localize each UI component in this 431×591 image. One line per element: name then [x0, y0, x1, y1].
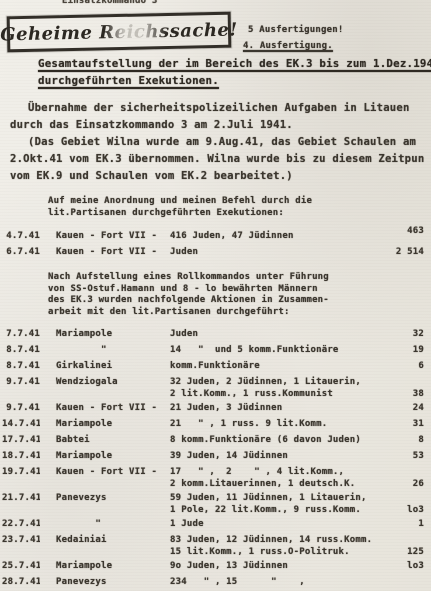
execution-date: 8.7.41 — [2, 360, 40, 372]
execution-victims: 17 " , 2 " , 4 lit.Komm.,2 komm.Litaueri… — [170, 466, 382, 490]
executions-list-second: 7.7.41 Mariampole Juden 32 8.7.41 " 14 "… — [2, 328, 424, 591]
execution-row: 22.7.41 " 1 Jude 1 — [2, 518, 424, 530]
report-title-line-2: durchgeführten Exekutionen. — [38, 73, 431, 90]
execution-count: 38 — [382, 388, 424, 400]
execution-victims: 83 Juden, 12 Jüdinnen, 14 russ.Komm.15 l… — [170, 534, 382, 558]
execution-row: 21.7.41 Panevezys 59 Juden, 11 Jüdinnen,… — [2, 492, 424, 516]
paragraph-line: von SS-Ostuf.Hamann und 8 - lo bewährten… — [48, 284, 329, 296]
execution-row: 17.7.41 Babtei 8 komm.Funktionäre (6 dav… — [2, 434, 424, 446]
execution-victims-line: 21 Juden, 3 Jüdinnen — [170, 402, 382, 414]
execution-victims-line: 39 Juden, 14 Jüdinnen — [170, 450, 382, 462]
execution-place: Mariampole — [40, 328, 170, 340]
execution-date: 25.7.41 — [2, 560, 40, 572]
execution-place: Wendziogala — [40, 376, 170, 388]
execution-date: 7.7.41 — [2, 328, 40, 340]
execution-victims-line: 2 lit.Komm., 1 russ.Kommunist — [170, 388, 382, 400]
execution-count: 32 — [382, 328, 424, 340]
execution-victims-line: 14 " und 5 komm.Funktionäre — [170, 344, 382, 356]
execution-count: 31 — [382, 418, 424, 430]
execution-victims-line: 234 " , 15 " , — [170, 576, 382, 588]
execution-count: 6 — [382, 360, 424, 372]
execution-victims: Juden — [170, 328, 382, 340]
execution-place: Panevezys — [40, 576, 170, 588]
paragraph-line: (Das Gebiet Wilna wurde am 9.Aug.41, das… — [10, 134, 424, 151]
execution-date: 14.7.41 — [2, 418, 40, 430]
paragraph-line: Übernahme der sicherheitspolizeilichen A… — [10, 100, 410, 117]
execution-date: 17.7.41 — [2, 434, 40, 446]
executions-list-first: 4.7.41 Kauen - Fort VII - 416 Juden, 47 … — [2, 230, 424, 262]
execution-victims-line: 1 Jude — [170, 518, 382, 530]
execution-row: 18.7.41 Mariampole 39 Juden, 14 Jüdinnen… — [2, 450, 424, 462]
execution-count: 24 — [382, 402, 424, 414]
scanned-document-page: Einsatzkommando 3 Geheime Reichssache! 5… — [0, 0, 431, 591]
secrecy-stamp: Geheime Reichssache! — [7, 12, 232, 53]
execution-victims-line: Juden — [170, 328, 382, 340]
execution-victims-line: 17 " , 2 " , 4 lit.Komm., — [170, 466, 382, 478]
execution-victims: 32 Juden, 2 Jüdinnen, 1 Litauerin,2 lit.… — [170, 376, 382, 400]
partisan-order-paragraph: Auf meine Anordnung und meinen Befehl du… — [48, 196, 312, 219]
execution-victims-line: 21 " , 1 russ. 9 lit.Komm. — [170, 418, 382, 430]
execution-victims-line: 1 Pole, 22 lit.Komm., 9 russ.Komm. — [170, 504, 382, 516]
secrecy-stamp-text: Geheime Reichssache! — [0, 19, 238, 45]
execution-count: 463 — [382, 225, 424, 237]
execution-victims-line: 32 Juden, 2 Jüdinnen, 1 Litauerin, — [170, 376, 382, 388]
execution-victims: 9o Juden, 13 Jüdinnen — [170, 560, 382, 572]
copies-total: 5 Ausfertigungen! — [248, 22, 344, 38]
paragraph-line: durch das Einsatzkommando 3 am 2.Juli 19… — [10, 117, 410, 134]
execution-victims: 21 " , 1 russ. 9 lit.Komm. — [170, 418, 382, 430]
report-title-line-1: Gesamtaufstellung der im Bereich des EK.… — [38, 56, 431, 73]
paragraph-line: arbeit mit den lit.Partisanen durchgefüh… — [48, 307, 329, 319]
execution-victims: 21 Juden, 3 Jüdinnen — [170, 402, 382, 414]
paragraph-line: Nach Aufstellung eines Rollkommandos unt… — [48, 272, 329, 284]
execution-victims-line: 8 komm.Funktionäre (6 davon Juden) — [170, 434, 382, 446]
execution-count: 1 — [382, 518, 424, 530]
execution-row: 9.7.41 Kauen - Fort VII - 21 Juden, 3 Jü… — [2, 402, 424, 414]
execution-victims-line: 2 komm.Litauerinnen, 1 deutsch.K. — [170, 478, 382, 490]
execution-victims: 39 Juden, 14 Jüdinnen — [170, 450, 382, 462]
paragraph-line: Auf meine Anordnung und meinen Befehl du… — [48, 196, 312, 208]
execution-place: Kauen - Fort VII - — [40, 246, 170, 258]
execution-place: Panevezys — [40, 492, 170, 504]
execution-victims-line: Juden — [170, 246, 382, 258]
execution-row: 8.7.41 Girkalinei komm.Funktionäre 6 — [2, 360, 424, 372]
execution-row: 6.7.41 Kauen - Fort VII - Juden 2 514 — [2, 246, 424, 258]
execution-place: Babtei — [40, 434, 170, 446]
execution-date: 4.7.41 — [2, 230, 40, 242]
territory-note-paragraph: (Das Gebiet Wilna wurde am 9.Aug.41, das… — [10, 134, 424, 185]
execution-date: 18.7.41 — [2, 450, 40, 462]
execution-victims: 59 Juden, 11 Jüdinnen, 1 Litauerin,1 Pol… — [170, 492, 382, 516]
execution-date: 8.7.41 — [2, 344, 40, 356]
copy-number: 4. Ausfertigung. — [243, 38, 344, 54]
execution-row: 25.7.41 Mariampole 9o Juden, 13 Jüdinnen… — [2, 560, 424, 572]
execution-victims: 8 komm.Funktionäre (6 davon Juden) — [170, 434, 382, 446]
execution-victims-line: 59 Juden, 11 Jüdinnen, 1 Litauerin, — [170, 492, 382, 504]
execution-date: 9.7.41 — [2, 376, 40, 388]
execution-place: Kauen - Fort VII - — [40, 402, 170, 414]
paragraph-line: lit.Partisanen durchgeführten Exekutione… — [48, 208, 312, 220]
execution-date: 19.7.41 — [2, 466, 40, 478]
execution-row: 14.7.41 Mariampole 21 " , 1 russ. 9 lit.… — [2, 418, 424, 430]
execution-victims: 1 Jude — [170, 518, 382, 530]
execution-row: 23.7.41 Kedainiai 83 Juden, 12 Jüdinnen,… — [2, 534, 424, 558]
execution-date: 9.7.41 — [2, 402, 40, 414]
execution-victims: 416 Juden, 47 Jüdinnen — [170, 230, 382, 242]
execution-place: Kauen - Fort VII - — [40, 466, 170, 478]
execution-place: Mariampole — [40, 450, 170, 462]
execution-victims-line: komm.Funktionäre — [170, 360, 382, 372]
execution-victims-line: 416 Juden, 47 Jüdinnen — [170, 230, 382, 242]
execution-count: 125 — [382, 546, 424, 558]
execution-date: 23.7.41 — [2, 534, 40, 546]
execution-date: 6.7.41 — [2, 246, 40, 258]
execution-place: Girkalinei — [40, 360, 170, 372]
execution-victims: 234 " , 15 " , — [170, 576, 382, 588]
execution-row: 19.7.41 Kauen - Fort VII - 17 " , 2 " , … — [2, 466, 424, 490]
execution-place: Mariampole — [40, 418, 170, 430]
execution-count: 8 — [382, 434, 424, 446]
execution-row: 9.7.41 Wendziogala 32 Juden, 2 Jüdinnen,… — [2, 376, 424, 400]
execution-row: 4.7.41 Kauen - Fort VII - 416 Juden, 47 … — [2, 230, 424, 242]
execution-count: 53 — [382, 450, 424, 462]
report-title: Gesamtaufstellung der im Bereich des EK.… — [38, 56, 431, 89]
execution-date: 22.7.41 — [2, 518, 40, 530]
execution-date: 28.7.41 — [2, 576, 40, 588]
execution-place: Kedainiai — [40, 534, 170, 546]
execution-count: 19 — [382, 344, 424, 356]
execution-place: " — [40, 344, 170, 356]
execution-victims: Juden — [170, 246, 382, 258]
paragraph-line: des EK.3 wurden nachfolgende Aktionen in… — [48, 295, 329, 307]
execution-count: 2 514 — [382, 246, 424, 258]
execution-count: 26 — [382, 478, 424, 490]
takeover-paragraph: Übernahme der sicherheitspolizeilichen A… — [10, 100, 410, 134]
execution-victims-line: 15 lit.Komm., 1 russ.O-Politruk. — [170, 546, 382, 558]
execution-place: " — [40, 518, 170, 530]
execution-count: lo3 — [382, 560, 424, 572]
copies-block: 5 Ausfertigungen! 4. Ausfertigung. — [248, 22, 344, 54]
execution-place: Mariampole — [40, 560, 170, 572]
execution-count: lo3 — [382, 504, 424, 516]
unit-line: Einsatzkommando 3 — [62, 0, 158, 6]
execution-date: 21.7.41 — [2, 492, 40, 504]
execution-row: 8.7.41 " 14 " und 5 komm.Funktionäre 19 — [2, 344, 424, 356]
execution-victims: 14 " und 5 komm.Funktionäre — [170, 344, 382, 356]
execution-victims-line: 83 Juden, 12 Jüdinnen, 14 russ.Komm. — [170, 534, 382, 546]
paragraph-line: 2.Okt.41 vom EK.3 übernommen. Wilna wurd… — [10, 151, 424, 168]
execution-row: 28.7.41 Panevezys 234 " , 15 " , — [2, 576, 424, 588]
rollkommando-paragraph: Nach Aufstellung eines Rollkommandos unt… — [48, 272, 329, 318]
execution-victims: komm.Funktionäre — [170, 360, 382, 372]
execution-row: 7.7.41 Mariampole Juden 32 — [2, 328, 424, 340]
execution-place: Kauen - Fort VII - — [40, 230, 170, 242]
execution-victims-line: 9o Juden, 13 Jüdinnen — [170, 560, 382, 572]
paragraph-line: vom EK.9 und Schaulen vom EK.2 bearbeite… — [10, 168, 424, 185]
